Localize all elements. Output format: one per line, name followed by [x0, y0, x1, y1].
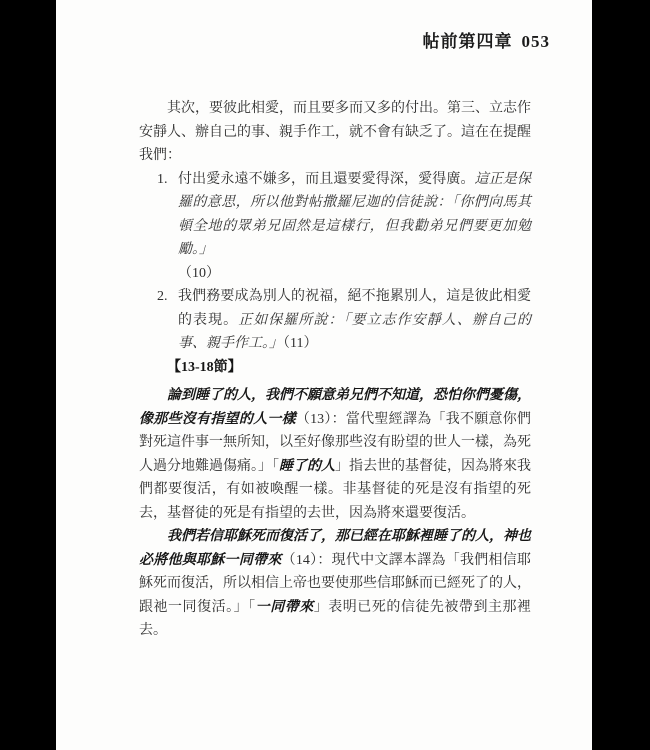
- section-header-verses-13-18: 【13-18節】: [139, 356, 531, 380]
- chapter-title: 帖前第四章: [423, 32, 513, 51]
- list-item-1-verse-ref: （10）: [178, 266, 220, 281]
- list-item-1-plain-text: 付出愛永遠不嫌多，而且還要愛得深，愛得廣。: [178, 172, 475, 187]
- right-black-margin: [592, 0, 650, 750]
- page-number: 053: [522, 32, 551, 51]
- running-header: 帖前第四章053: [423, 27, 551, 52]
- commentary-paragraph-14: 我們若信耶穌死而復活了，那已經在耶穌裡睡了的人，神也必將他與耶穌一同帶來（14）…: [139, 525, 531, 643]
- scanned-book-page-viewer: 帖前第四章053 其次，要彼此相愛，而且要多而又多的付出。第三、立志作安靜人、辦…: [0, 0, 650, 750]
- list-item-2-text: 我們務要成為別人的祝福，絕不拖累別人，這是彼此相愛的表現。正如保羅所說：「要立志…: [178, 285, 531, 356]
- list-item-2-number: 2.: [157, 285, 168, 309]
- list-item-1-number: 1.: [157, 168, 168, 192]
- page-body-text: 其次，要彼此相愛，而且要多而又多的付出。第三、立志作安靜人、辦自己的事、親手作工…: [139, 97, 531, 643]
- list-item-1: 1. 付出愛永遠不嫌多，而且還要愛得深，愛得廣。這正是保羅的意思，所以他對帖撒羅…: [139, 168, 531, 286]
- list-item-1-text: 付出愛永遠不嫌多，而且還要愛得深，愛得廣。這正是保羅的意思，所以他對帖撒羅尼迦的…: [178, 168, 531, 286]
- numbered-list: 1. 付出愛永遠不嫌多，而且還要愛得深，愛得廣。這正是保羅的意思，所以他對帖撒羅…: [139, 168, 531, 356]
- left-black-margin: [0, 0, 56, 750]
- list-item-2: 2. 我們務要成為別人的祝福，絕不拖累別人，這是彼此相愛的表現。正如保羅所說：「…: [139, 285, 531, 356]
- opening-paragraph: 其次，要彼此相愛，而且要多而又多的付出。第三、立志作安靜人、辦自己的事、親手作工…: [139, 97, 531, 168]
- list-item-2-verse-ref: （11）: [283, 336, 317, 351]
- commentary-paragraph-13: 論到睡了的人，我們不願意弟兄們不知道，恐怕你們憂傷，像那些沒有指望的人一樣（13…: [139, 384, 531, 525]
- opening-paragraph-text: 其次，要彼此相愛，而且要多而又多的付出。第三、立志作安靜人、辦自己的事、親手作工…: [139, 101, 531, 163]
- verse-reference-13: （13）：: [296, 412, 346, 427]
- key-term-bring-together: 一同帶來: [256, 600, 314, 615]
- verse-reference-14: （14）：: [282, 553, 332, 568]
- key-term-slept-ones: 睡了的人: [279, 459, 335, 474]
- book-page: 帖前第四章053 其次，要彼此相愛，而且要多而又多的付出。第三、立志作安靜人、辦…: [56, 0, 592, 750]
